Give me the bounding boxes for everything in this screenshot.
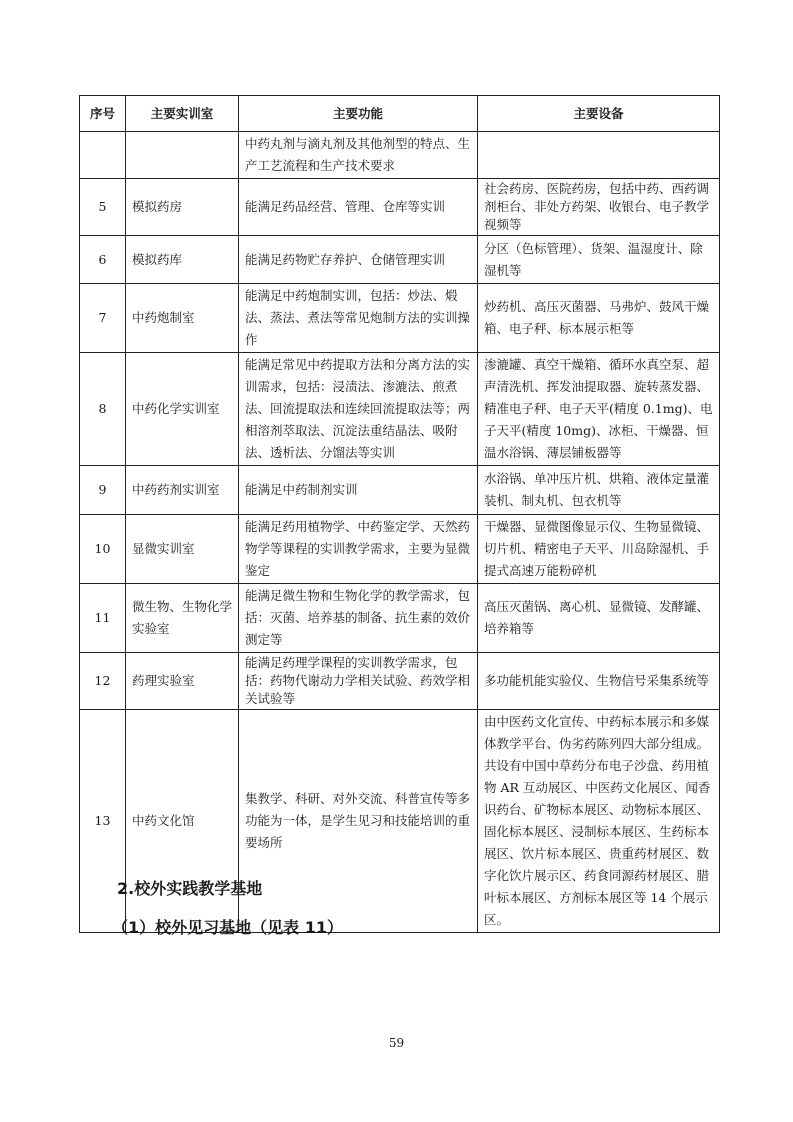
- row-equipment: 由中医药文化宣传、中药标本展示和多媒体教学平台、伪劣药陈列四大部分组成。共设有中…: [478, 710, 720, 933]
- row-equipment: 炒药机、高压灭菌器、马弗炉、鼓风干燥箱、电子秤、标本展示柜等: [478, 284, 720, 353]
- header-function: 主要功能: [239, 96, 478, 132]
- table-row: 6 模拟药库 能满足药物贮存养护、仓储管理实训 分区（色标管理）、货架、温湿度计…: [80, 236, 720, 284]
- row-no: 5: [80, 179, 126, 236]
- table-row: 11 微生物、生物化学实验室 能满足微生物和生物化学的教学需求，包括：灭菌、培养…: [80, 584, 720, 653]
- table-row: 中药丸剂与滴丸剂及其他剂型的特点、生产工艺流程和生产技术要求: [80, 132, 720, 179]
- document-page: 序号 主要实训室 主要功能 主要设备 中药丸剂与滴丸剂及其他剂型的特点、生产工艺…: [0, 0, 793, 1122]
- row-function: 集教学、科研、对外交流、科普宣传等多功能为一体，是学生见习和技能培训的重要场所: [239, 710, 478, 933]
- table-row: 8 中药化学实训室 能满足常见中药提取方法和分离方法的实训需求，包括：浸渍法、渗…: [80, 353, 720, 466]
- row-no: 7: [80, 284, 126, 353]
- row-no: 12: [80, 653, 126, 710]
- row-function: 能满足药用植物学、中药鉴定学、天然药物学等课程的实训教学需求，主要为显微鉴定: [239, 515, 478, 584]
- row-equipment: [478, 132, 720, 179]
- row-function: 能满足药品经营、管理、仓库等实训: [239, 179, 478, 236]
- row-room: 模拟药房: [126, 179, 239, 236]
- table-row: 13 中药文化馆 集教学、科研、对外交流、科普宣传等多功能为一体，是学生见习和技…: [80, 710, 720, 933]
- row-room: 药理实验室: [126, 653, 239, 710]
- header-no: 序号: [80, 96, 126, 132]
- row-room: 显微实训室: [126, 515, 239, 584]
- row-no: 13: [80, 710, 126, 933]
- row-room: 中药文化馆: [126, 710, 239, 933]
- row-function: 能满足中药炮制实训，包括：炒法、煅法、蒸法、煮法等常见炮制方法的实训操作: [239, 284, 478, 353]
- row-no: 11: [80, 584, 126, 653]
- row-no: 6: [80, 236, 126, 284]
- page-number: 59: [0, 1036, 793, 1050]
- table-header-row: 序号 主要实训室 主要功能 主要设备: [80, 96, 720, 132]
- row-function: 中药丸剂与滴丸剂及其他剂型的特点、生产工艺流程和生产技术要求: [239, 132, 478, 179]
- row-function: 能满足常见中药提取方法和分离方法的实训需求，包括：浸渍法、渗漉法、煎煮法、回流提…: [239, 353, 478, 466]
- table-row: 10 显微实训室 能满足药用植物学、中药鉴定学、天然药物学等课程的实训教学需求，…: [80, 515, 720, 584]
- row-equipment: 高压灭菌锅、离心机、显微镜、发酵罐、培养箱等: [478, 584, 720, 653]
- header-equipment: 主要设备: [478, 96, 720, 132]
- row-room: 中药药剂实训室: [126, 466, 239, 515]
- subsection-heading: （1）校外见习基地（见表 11）: [112, 915, 343, 938]
- section-heading: 2.校外实践教学基地: [117, 876, 262, 899]
- row-no: 10: [80, 515, 126, 584]
- training-room-table: 序号 主要实训室 主要功能 主要设备 中药丸剂与滴丸剂及其他剂型的特点、生产工艺…: [79, 95, 720, 933]
- row-function: 能满足中药制剂实训: [239, 466, 478, 515]
- table-row: 7 中药炮制室 能满足中药炮制实训，包括：炒法、煅法、蒸法、煮法等常见炮制方法的…: [80, 284, 720, 353]
- row-function: 能满足药理学课程的实训教学需求，包括：药物代谢动力学相关试验、药效学相关试验等: [239, 653, 478, 710]
- row-function: 能满足药物贮存养护、仓储管理实训: [239, 236, 478, 284]
- row-no: 9: [80, 466, 126, 515]
- row-equipment: 渗漉罐、真空干燥箱、循环水真空泵、超声清洗机、挥发油提取器、旋转蒸发器、精准电子…: [478, 353, 720, 466]
- table-row: 9 中药药剂实训室 能满足中药制剂实训 水浴锅、单冲压片机、烘箱、液体定量灌装机…: [80, 466, 720, 515]
- row-function: 能满足微生物和生物化学的教学需求，包括：灭菌、培养基的制备、抗生素的效价测定等: [239, 584, 478, 653]
- table-row: 5 模拟药房 能满足药品经营、管理、仓库等实训 社会药房、医院药房，包括中药、西…: [80, 179, 720, 236]
- row-room: 微生物、生物化学实验室: [126, 584, 239, 653]
- row-equipment: 干燥器、显微图像显示仪、生物显微镜、切片机、精密电子天平、川岛除湿机、手提式高速…: [478, 515, 720, 584]
- row-equipment: 分区（色标管理）、货架、温湿度计、除湿机等: [478, 236, 720, 284]
- row-equipment: 社会药房、医院药房，包括中药、西药调剂柜台、非处方药架、收银台、电子教学视频等: [478, 179, 720, 236]
- row-room: 中药炮制室: [126, 284, 239, 353]
- row-equipment: 水浴锅、单冲压片机、烘箱、液体定量灌装机、制丸机、包衣机等: [478, 466, 720, 515]
- row-room: 模拟药库: [126, 236, 239, 284]
- row-room: 中药化学实训室: [126, 353, 239, 466]
- row-equipment: 多功能机能实验仪、生物信号采集系统等: [478, 653, 720, 710]
- row-no: 8: [80, 353, 126, 466]
- row-room: [126, 132, 239, 179]
- table-row: 12 药理实验室 能满足药理学课程的实训教学需求，包括：药物代谢动力学相关试验、…: [80, 653, 720, 710]
- row-no: [80, 132, 126, 179]
- header-room: 主要实训室: [126, 96, 239, 132]
